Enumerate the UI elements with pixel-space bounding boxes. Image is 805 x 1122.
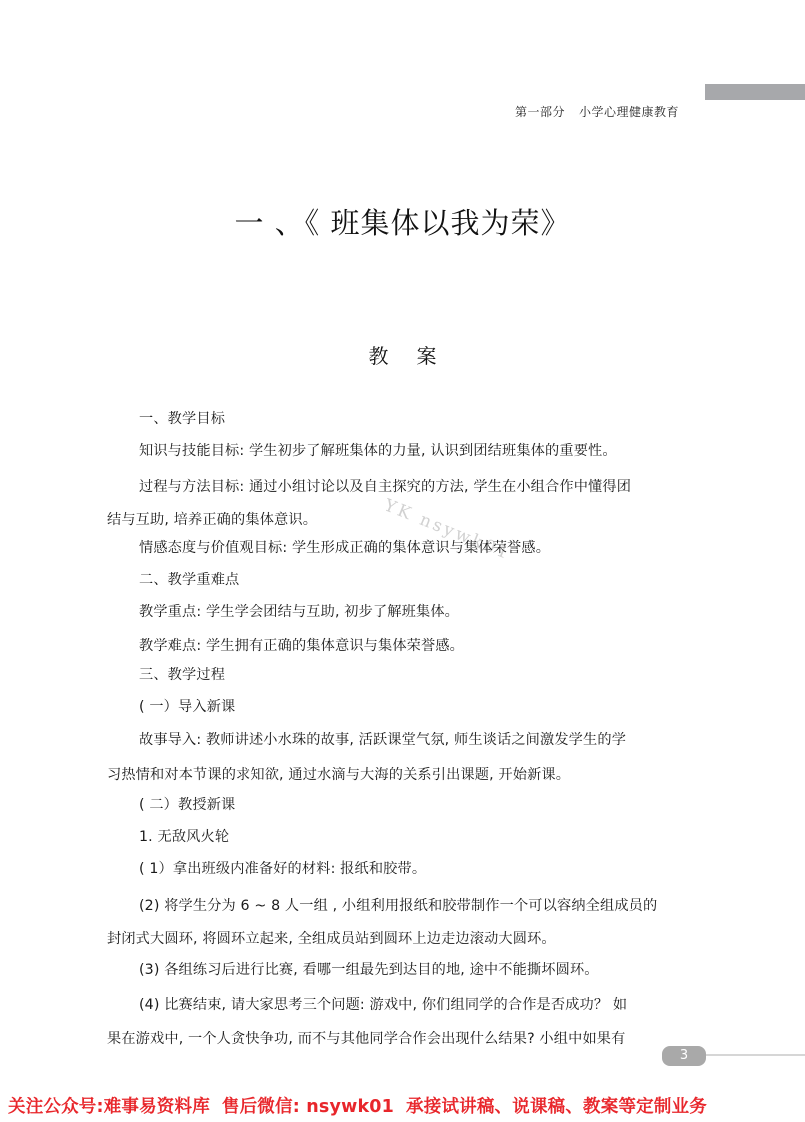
text-line: 果在游戏中, 一个人贪快争功, 而不与其他同学合作会出现什么结果? 小组中如果有 xyxy=(107,1028,625,1048)
text-line: 结与互助, 培养正确的集体意识。 xyxy=(107,509,317,529)
text-line: (3) 各组练习后进行比赛, 看哪一组最先到达目的地, 途中不能撕坏圆环。 xyxy=(139,959,599,979)
running-header-section: 小学心理健康教育 xyxy=(579,105,679,119)
text-line: 教学重点: 学生学会团结与互助, 初步了解班集体。 xyxy=(139,601,459,621)
text-line: 过程与方法目标: 通过小组讨论以及自主探究的方法, 学生在小组合作中懂得团 xyxy=(139,476,631,496)
text-line: 三、教学过程 xyxy=(139,664,225,684)
running-header: 第一部分小学心理健康教育 xyxy=(515,103,679,120)
text-line: 一、教学目标 xyxy=(139,408,225,428)
footer-rule xyxy=(700,1054,805,1056)
text-line: ( 一）导入新课 xyxy=(139,696,235,716)
doc-title-char-1: 教 xyxy=(369,344,389,368)
running-header-part: 第一部分 xyxy=(515,105,565,119)
promo-banner: 关注公众号:难事易资料库售后微信: nsywk01承接试讲稿、说课稿、教案等定制… xyxy=(0,1093,805,1118)
text-line: (2) 将学生分为 6 ~ 8 人一组 , 小组利用报纸和胶带制作一个可以容纳全… xyxy=(139,895,657,915)
text-line: 教学难点: 学生拥有正确的集体意识与集体荣誉感。 xyxy=(139,635,464,655)
header-decor-bar xyxy=(705,84,805,100)
doc-title: 教案 xyxy=(0,340,805,369)
text-line: 二、教学重难点 xyxy=(139,569,239,589)
promo-account: 关注公众号:难事易资料库 xyxy=(8,1097,210,1117)
text-line: 知识与技能目标: 学生初步了解班集体的力量, 认识到团结班集体的重要性。 xyxy=(139,440,617,460)
text-line: 封闭式大圆环, 将圆环立起来, 全组成员站到圆环上边走边滚动大圆环。 xyxy=(107,928,556,948)
text-line: (4) 比赛结束, 请大家思考三个问题: 游戏中, 你们组同学的合作是否成功？ … xyxy=(139,994,627,1014)
text-line: ( 二）教授新课 xyxy=(139,794,235,814)
text-line: 故事导入: 教师讲述小水珠的故事, 活跃课堂气氛, 师生谈话之间激发学生的学 xyxy=(139,729,626,749)
doc-title-char-2: 案 xyxy=(417,344,437,368)
text-line: ( 1）拿出班级内准备好的材料: 报纸和胶带。 xyxy=(139,858,426,878)
page-number: 3 xyxy=(662,1046,706,1066)
promo-services: 承接试讲稿、说课稿、教案等定制业务 xyxy=(406,1097,707,1117)
text-line: 习热情和对本节课的求知欲, 通过水滴与大海的关系引出课题, 开始新课。 xyxy=(107,764,570,784)
text-line: 1. 无敌风火轮 xyxy=(139,826,229,846)
chapter-title: 一 、《 班集体以我为荣》 xyxy=(0,201,805,242)
promo-wechat: 售后微信: nsywk01 xyxy=(222,1097,394,1117)
text-line: 情感态度与价值观目标: 学生形成正确的集体意识与集体荣誉感。 xyxy=(139,537,550,557)
